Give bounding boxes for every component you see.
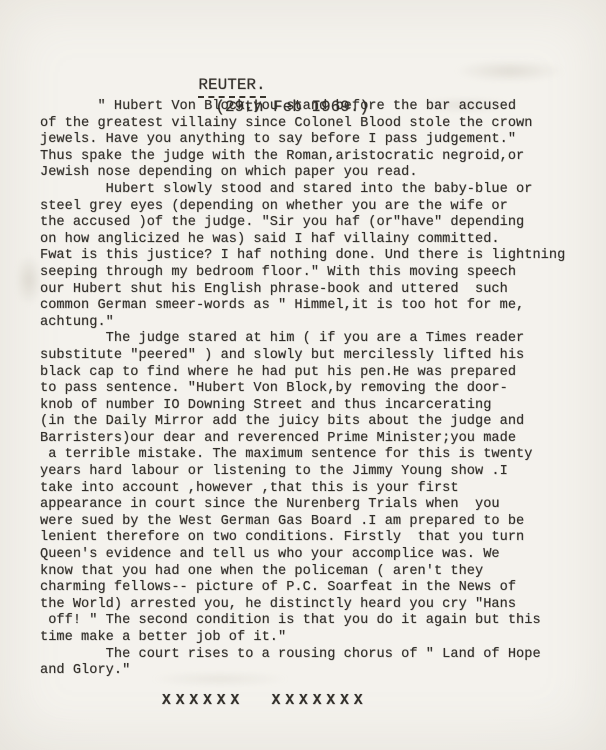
document-body-text: " Hubert Von Block,you stand before the …: [40, 99, 565, 680]
paper-stain: [455, 60, 565, 82]
paper-stain: [16, 255, 42, 305]
document-title: REUTER.: [198, 76, 265, 98]
footer-x-marks: XXXXXX XXXXXXX: [162, 693, 368, 709]
typewritten-document-page: REUTER. (29th Feb I969.) " Hubert Von Bl…: [0, 0, 606, 750]
